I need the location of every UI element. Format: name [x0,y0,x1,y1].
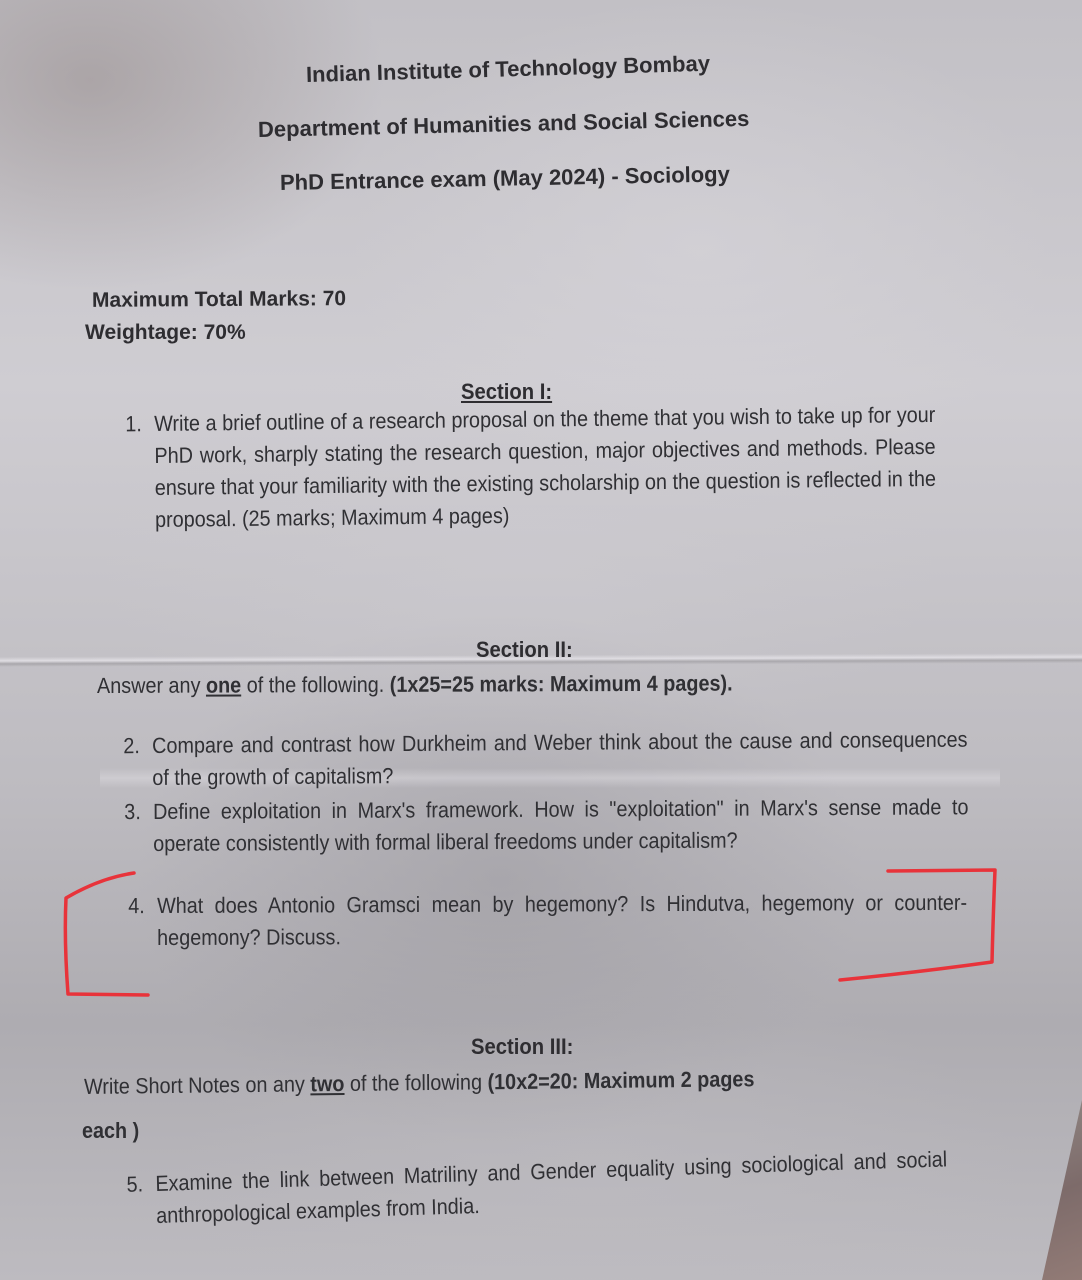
question-4: 4. What does Antonio Gramsci mean by heg… [157,887,967,954]
question-3: 3. Define exploitation in Marx's framewo… [153,791,969,860]
instruction-marks: (10x2=20: Maximum 2 pages [487,1066,754,1094]
instruction-marks: (1x25=25 marks: Maximum 4 pages). [390,671,733,697]
instruction-marks: each ) [82,1118,139,1143]
instruction-text: of the following. [241,672,390,698]
section-3-instruction-continued: each ) [82,1118,139,1144]
question-text: Examine the link between Matriliny and G… [155,1143,948,1232]
weightage: Weightage: 70% [85,321,246,345]
question-2: 2. Compare and contrast how Durkheim and… [152,724,968,794]
question-text: Define exploitation in Marx's framework.… [153,791,969,860]
instruction-emphasis: one [206,672,241,697]
exam-paper: Indian Institute of Technology Bombay De… [0,0,1082,1280]
background-surface [1042,1100,1082,1280]
section-3-title: Section III: [471,1034,573,1060]
question-number: 3. [124,796,141,828]
instruction-text: Write Short Notes on any [84,1071,311,1099]
instruction-emphasis: two [310,1071,344,1096]
exam-title: PhD Entrance exam (May 2024) - Sociology [280,161,730,196]
section-1-title: Section I: [461,379,552,405]
institute-name: Indian Institute of Technology Bombay [306,51,711,88]
question-number: 1. [125,408,142,440]
question-number: 4. [128,890,145,922]
question-text: Write a brief outline of a research prop… [154,399,936,536]
question-text: What does Antonio Gramsci mean by hegemo… [157,887,967,954]
maximum-marks: Maximum Total Marks: 70 [92,287,346,313]
department-name: Department of Humanities and Social Scie… [258,106,750,143]
question-number: 5. [126,1168,143,1201]
section-2-instruction: Answer any one of the following. (1x25=2… [97,671,733,699]
section-3-instruction: Write Short Notes on any two of the foll… [84,1066,755,1100]
question-1: 1. Write a brief outline of a research p… [154,399,936,536]
instruction-text: of the following [344,1069,487,1096]
section-2-title: Section II: [476,637,573,663]
question-text: Compare and contrast how Durkheim and We… [152,724,968,794]
question-number: 2. [123,730,140,762]
question-5: 5. Examine the link between Matriliny an… [155,1143,948,1232]
instruction-text: Answer any [97,673,206,698]
